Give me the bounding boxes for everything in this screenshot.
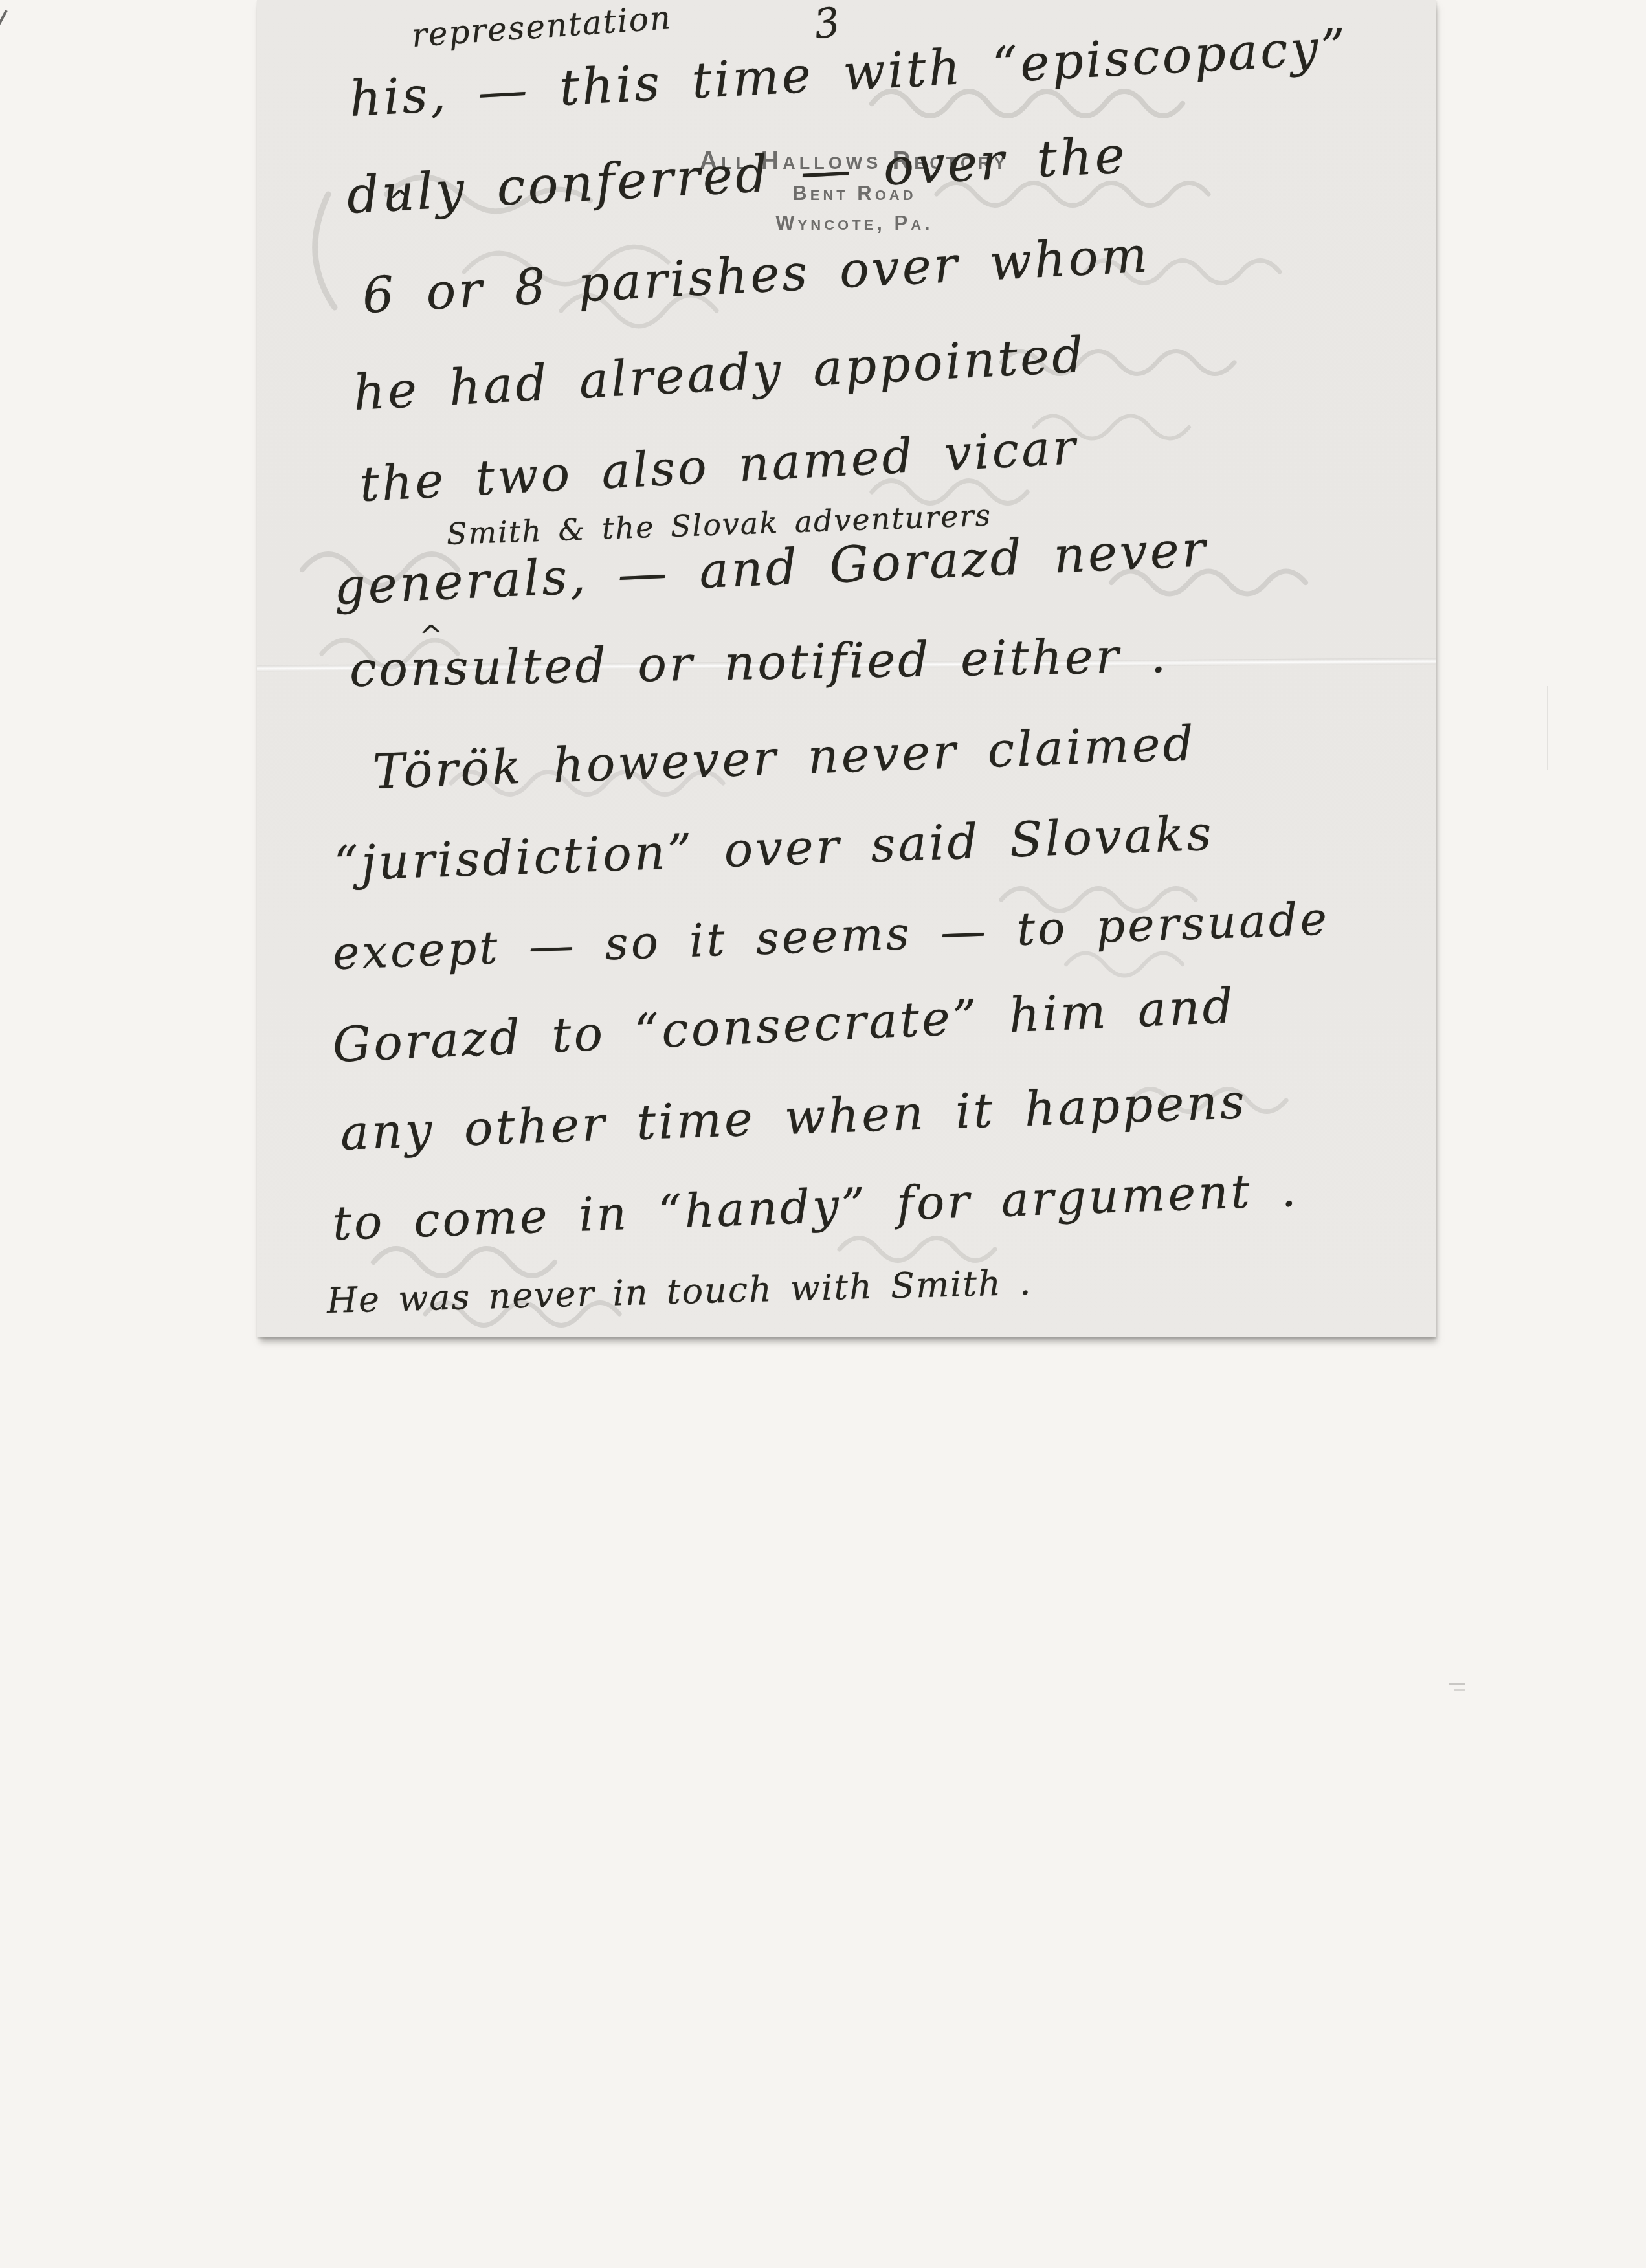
scan-artifact-right-margin bbox=[1449, 1683, 1465, 1685]
scan-artifact-right-streak bbox=[1547, 686, 1548, 770]
letterhead-city: Wyncote, Pa. bbox=[699, 212, 1010, 235]
scan-artifact-right-margin-2 bbox=[1454, 1689, 1465, 1691]
scanned-letter-page-3: All Hallows Rectory Bent Road Wyncote, P… bbox=[0, 0, 1646, 2268]
scan-artifact-top-left bbox=[0, 10, 8, 30]
page-number: 3 bbox=[811, 0, 845, 49]
